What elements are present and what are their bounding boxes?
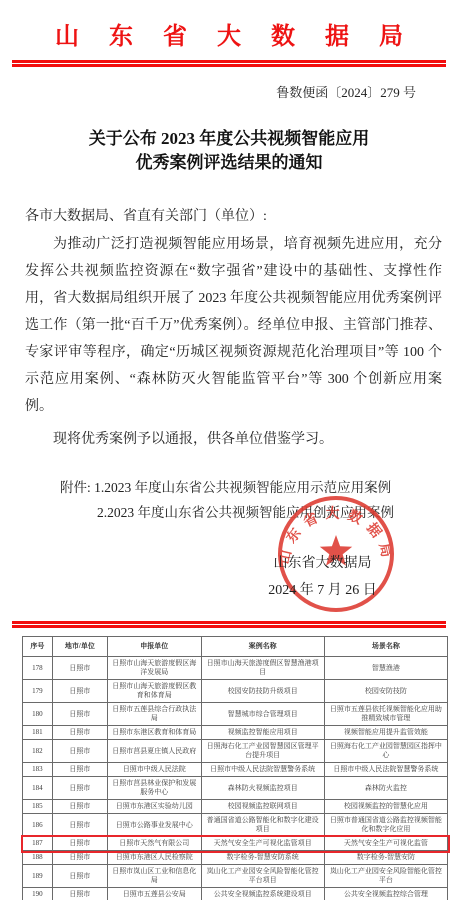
table-cell: 日照市 — [52, 814, 107, 837]
bottom-divider-rule — [12, 621, 446, 628]
table-cell: 187 — [23, 837, 53, 851]
table-cell: 日照市 — [52, 763, 107, 777]
table-cell: 日照市 — [52, 777, 107, 800]
table-cell: 185 — [23, 800, 53, 814]
table-cell: 日照海右化工产业园智慧园区管理平台提升项目 — [201, 740, 324, 763]
table-cell: 日照市 — [52, 888, 107, 900]
table-cell: 日照市五莲县依托视频智能化应用助推精致城市管理 — [324, 703, 447, 726]
table-cell: 183 — [23, 763, 53, 777]
table-cell: 智慧城市综合管理项目 — [201, 703, 324, 726]
table-cell: 岚山化工产业园安全风险智能化管控平台 — [324, 865, 447, 888]
table-row: 188日照市日照市东港区人民检察院数字检务-智慧安防系统数字检务-智慧安防 — [23, 851, 448, 865]
table-row: 184日照市日照市莒县林业保护和发展服务中心森林防火视频监控项目森林防火监控 — [23, 777, 448, 800]
body-paragraph-1: 为推动广泛打造视频智能应用场景，培育视频先进应用，充分发挥公共视频监控资源在“数… — [25, 231, 442, 420]
table-cell: 184 — [23, 777, 53, 800]
agency-letterhead-title: 山东省大数据局 — [0, 0, 458, 51]
table-cell: 校园视频监控的智慧化应用 — [324, 800, 447, 814]
table-cell: 日照市 — [52, 851, 107, 865]
table-row: 189日照市日照市岚山区工业和信息化局岚山化工产业园安全风险智能化管控平台项目岚… — [23, 865, 448, 888]
col-header-org: 申报单位 — [108, 637, 202, 657]
col-header-seq: 序号 — [23, 637, 53, 657]
cases-table: 序号 地市/单位 申报单位 案例名称 场景名称 178日照市日照市山海天旅游度假… — [22, 636, 448, 900]
document-number: 鲁数便函〔2024〕279 号 — [0, 82, 458, 101]
table-cell: 岚山化工产业园安全风险智能化管控平台项目 — [201, 865, 324, 888]
table-cell: 智慧渔港 — [324, 657, 447, 680]
notice-title: 关于公布 2023 年度公共视频智能应用 优秀案例评选结果的通知 — [0, 127, 458, 175]
table-cell: 森林防火视频监控项目 — [201, 777, 324, 800]
table-row: 183日照市日照市中级人民法院日照市中级人民法院智慧警务系统日照市中级人民法院智… — [23, 763, 448, 777]
table-row: 190日照市日照市五莲县公安局公共安全视频监控系统建设项目公共安全视频监控综合管… — [23, 888, 448, 900]
table-cell: 视频监控智能应用项目 — [201, 726, 324, 740]
table-cell: 日照市山海天旅游度假区海洋发展局 — [108, 657, 202, 680]
attachment-block: 附件: 1.2023 年度山东省公共视频智能应用示范应用案例 2.2023 年度… — [60, 475, 442, 525]
table-cell: 森林防火监控 — [324, 777, 447, 800]
table-cell: 189 — [23, 865, 53, 888]
table-cell: 182 — [23, 740, 53, 763]
table-cell: 天然气安全生产可视化监管项目 — [201, 837, 324, 851]
table-row: 186日照市日照市公路事业发展中心普通国省道公路智能化和数字化建设项目日照市普通… — [23, 814, 448, 837]
signer-name: 山东省大数据局 — [230, 550, 415, 577]
table-row: 181日照市日照市东港区教育和体育局视频监控智能应用项目视频智能应用提升监管效能 — [23, 726, 448, 740]
table-cell: 181 — [23, 726, 53, 740]
table-cell: 日照市普通国省道公路监控视频智能化和数字化应用 — [324, 814, 447, 837]
table-cell: 190 — [23, 888, 53, 900]
table-cell: 日照市 — [52, 837, 107, 851]
table-cell: 日照市莒县林业保护和发展服务中心 — [108, 777, 202, 800]
table-cell: 188 — [23, 851, 53, 865]
table-cell: 数字检务-智慧安防 — [324, 851, 447, 865]
cases-table-body: 178日照市日照市山海天旅游度假区海洋发展局日照市山海天旅游度假区智慧渔港项目智… — [23, 657, 448, 900]
table-cell: 日照市东港区教育和体育局 — [108, 726, 202, 740]
table-cell: 公共安全视频监控系统建设项目 — [201, 888, 324, 900]
table-cell: 数字检务-智慧安防系统 — [201, 851, 324, 865]
table-cell: 日照市岚山区工业和信息化局 — [108, 865, 202, 888]
table-cell: 日照市 — [52, 657, 107, 680]
table-cell: 日照市 — [52, 703, 107, 726]
table-cell: 日照市天然气有限公司 — [108, 837, 202, 851]
table-cell: 日照市中级人民法院智慧警务系统 — [201, 763, 324, 777]
table-row: 180日照市日照市五莲县综合行政执法局智慧城市综合管理项目日照市五莲县依托视频智… — [23, 703, 448, 726]
table-cell: 日照市 — [52, 800, 107, 814]
table-cell: 日照市 — [52, 726, 107, 740]
table-cell: 视频智能应用提升监管效能 — [324, 726, 447, 740]
col-header-scene: 场景名称 — [324, 637, 447, 657]
table-cell: 校园安防技防 — [324, 680, 447, 703]
signature-block: 山东省大数据局 2024 年 7 月 26 日 — [230, 550, 415, 604]
table-cell: 日照市东港区人民检察院 — [108, 851, 202, 865]
table-cell: 日照市 — [52, 740, 107, 763]
attachment-line-1: 附件: 1.2023 年度山东省公共视频智能应用示范应用案例 — [60, 475, 442, 500]
table-row: 178日照市日照市山海天旅游度假区海洋发展局日照市山海天旅游度假区智慧渔港项目智… — [23, 657, 448, 680]
table-cell: 日照市莒县夏庄镇人民政府 — [108, 740, 202, 763]
table-cell: 日照市五莲县公安局 — [108, 888, 202, 900]
document-page: { "header": { "agency_name": "山东省大数据局", … — [0, 0, 458, 900]
table-cell: 186 — [23, 814, 53, 837]
letterhead-divider-rule — [12, 60, 446, 67]
table-cell: 普通国省道公路智能化和数字化建设项目 — [201, 814, 324, 837]
table-cell: 180 — [23, 703, 53, 726]
salutation: 各市大数据局、省直有关部门（单位）: — [25, 205, 440, 225]
table-cell: 179 — [23, 680, 53, 703]
table-cell: 日照市 — [52, 680, 107, 703]
table-row: 182日照市日照市莒县夏庄镇人民政府日照海右化工产业园智慧园区管理平台提升项目日… — [23, 740, 448, 763]
col-header-city: 地市/单位 — [52, 637, 107, 657]
table-header-row: 序号 地市/单位 申报单位 案例名称 场景名称 — [23, 637, 448, 657]
table-cell: 日照市公路事业发展中心 — [108, 814, 202, 837]
col-header-case: 案例名称 — [201, 637, 324, 657]
table-cell: 日照市东港区实验幼儿园 — [108, 800, 202, 814]
table-cell: 天然气安全生产可视化监管 — [324, 837, 447, 851]
table-cell: 日照市 — [52, 865, 107, 888]
signature-date: 2024 年 7 月 26 日 — [230, 577, 415, 604]
table-cell: 日照市中级人民法院智慧警务系统 — [324, 763, 447, 777]
table-cell: 日照市中级人民法院 — [108, 763, 202, 777]
table-row: 185日照市日照市东港区实验幼儿园校园视频监控联网项目校园视频监控的智慧化应用 — [23, 800, 448, 814]
table-row-highlighted: 187日照市日照市天然气有限公司天然气安全生产可视化监管项目天然气安全生产可视化… — [23, 837, 448, 851]
table-cell: 日照市五莲县综合行政执法局 — [108, 703, 202, 726]
table-cell: 日照市山海天旅游度假区智慧渔港项目 — [201, 657, 324, 680]
table-cell: 日照市山海天旅游度假区教育和体育局 — [108, 680, 202, 703]
table-cell: 校园安防技防升级项目 — [201, 680, 324, 703]
table-cell: 公共安全视频监控综合管理 — [324, 888, 447, 900]
attachment-line-2: 2.2023 年度山东省公共视频智能应用创新应用案例 — [60, 500, 442, 525]
table-cell: 178 — [23, 657, 53, 680]
cases-table-section: 序号 地市/单位 申报单位 案例名称 场景名称 178日照市日照市山海天旅游度假… — [22, 636, 448, 900]
table-row: 179日照市日照市山海天旅游度假区教育和体育局校园安防技防升级项目校园安防技防 — [23, 680, 448, 703]
notice-title-line2: 优秀案例评选结果的通知 — [0, 151, 458, 175]
table-cell: 校园视频监控联网项目 — [201, 800, 324, 814]
table-cell: 日照海右化工产业园智慧园区指挥中心 — [324, 740, 447, 763]
body-paragraph-2: 现将优秀案例予以通报，供各单位借鉴学习。 — [25, 426, 442, 453]
notice-title-line1: 关于公布 2023 年度公共视频智能应用 — [0, 127, 458, 151]
